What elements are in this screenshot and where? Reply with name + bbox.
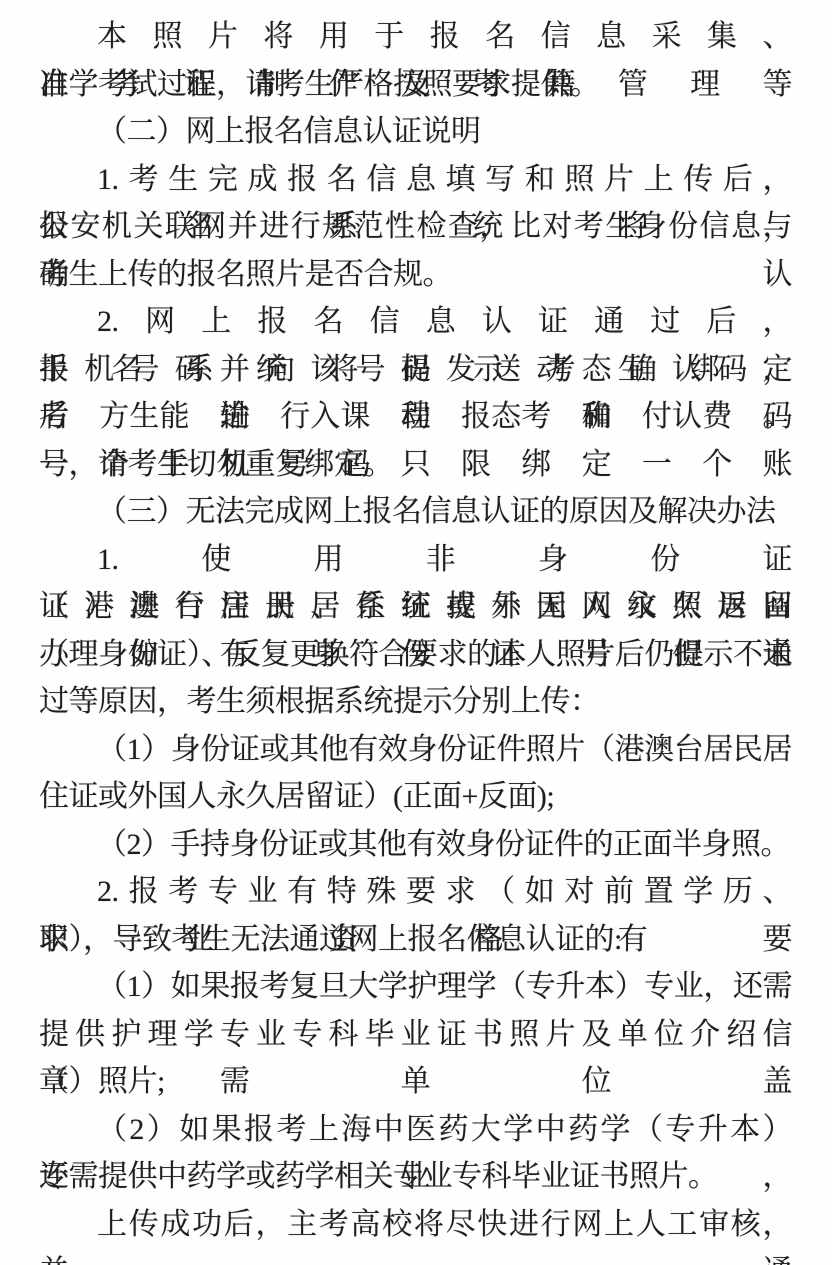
paragraph: 1.考生完成报名信息填写和照片上传后，报名系统将与公安机关联网并进行规范性检查，… bbox=[39, 156, 792, 299]
text-line: （二）网上报名信息认证说明 bbox=[39, 108, 792, 156]
text-line: 公安机关联网并进行规范性检查，比对考生身份信息，确认 bbox=[39, 203, 792, 251]
text-line: 2.报考专业有特殊要求（如对前置学历、职业资格有要 bbox=[39, 868, 792, 916]
text-line: 住证或外国人永久居留证）(正面+反面); bbox=[39, 773, 792, 821]
paragraph: （1）身份证或其他有效身份证件照片（港澳台居民居住证或外国人永久居留证）(正面+… bbox=[39, 726, 792, 821]
text-line: （1）如果报考复旦大学护理学（专升本）专业，还需 bbox=[39, 963, 792, 1011]
paragraph: 上传成功后，主考高校将尽快进行网上人工审核，并通 bbox=[39, 1201, 792, 1249]
text-line: 上传成功后，主考高校将尽快进行网上人工审核，并通 bbox=[39, 1201, 792, 1249]
text-line: 过等原因，考生须根据系统提示分别上传： bbox=[39, 678, 792, 726]
paragraph: （1）如果报考复旦大学护理学（专升本）专业，还需提供护理学专业专科毕业证书照片及… bbox=[39, 963, 792, 1106]
text-line: 提供护理学专业专科毕业证书照片及单位介绍信（需单位盖 bbox=[39, 1011, 792, 1059]
document-text-block: 本照片将用于报名信息采集、准考证制作及考籍管理等自学考试过程，请考生严格按照要求… bbox=[0, 0, 832, 1248]
document-page: 本照片将用于报名信息采集、准考证制作及考籍管理等自学考试过程，请考生严格按照要求… bbox=[0, 0, 832, 1265]
text-line: 1.使用非身份证（港澳台居民居住证或外国人永久居留 bbox=[39, 536, 792, 584]
text-line: 1.考生完成报名信息填写和照片上传后，报名系统将与 bbox=[39, 156, 792, 204]
section-heading: （三）无法完成网上报名信息认证的原因及解决办法 bbox=[39, 488, 792, 536]
paragraph: （2）手持身份证或其他有效身份证件的正面半身照。 bbox=[39, 821, 792, 869]
text-line: 手机号码并向该号码发送动态确认码，考生输入动态确认码 bbox=[39, 346, 792, 394]
paragraph: 2.报考专业有特殊要求（如对前置学历、职业资格有要求），导致考生无法通过网上报名… bbox=[39, 868, 792, 963]
text-line: 后方能进行课程报考和付费。一个手机号码只限绑定一个账 bbox=[39, 393, 792, 441]
paragraph: 2.网上报名信息认证通过后，报名系统将提示考生绑定手机号码并向该号码发送动态确认… bbox=[39, 298, 792, 488]
text-line: （三）无法完成网上报名信息认证的原因及解决办法 bbox=[39, 488, 792, 536]
paragraph: 本照片将用于报名信息采集、准考证制作及考籍管理等自学考试过程，请考生严格按照要求… bbox=[39, 13, 792, 108]
text-line: 办理身份证）、反复更换符合要求的本人照片后仍提示不通 bbox=[39, 631, 792, 679]
text-line: 还需提供中药学或药学相关专业专科毕业证书照片。 bbox=[39, 1153, 792, 1201]
text-line: （2）如果报考上海中医药大学中药学（专升本）专业， bbox=[39, 1106, 792, 1154]
text-line: 2.网上报名信息认证通过后，报名系统将提示考生绑定 bbox=[39, 298, 792, 346]
text-line: 证）进行注册、系统提示无网纹照返回（如有身份证号但未 bbox=[39, 583, 792, 631]
text-line: （2）手持身份证或其他有效身份证件的正面半身照。 bbox=[39, 821, 792, 869]
paragraph: 1.使用非身份证（港澳台居民居住证或外国人永久居留证）进行注册、系统提示无网纹照… bbox=[39, 536, 792, 726]
text-line: （1）身份证或其他有效身份证件照片（港澳台居民居 bbox=[39, 726, 792, 774]
section-heading: （二）网上报名信息认证说明 bbox=[39, 108, 792, 156]
text-line: 本照片将用于报名信息采集、准考证制作及考籍管理等 bbox=[39, 13, 792, 61]
paragraph: （2）如果报考上海中医药大学中药学（专升本）专业，还需提供中药学或药学相关专业专… bbox=[39, 1106, 792, 1201]
